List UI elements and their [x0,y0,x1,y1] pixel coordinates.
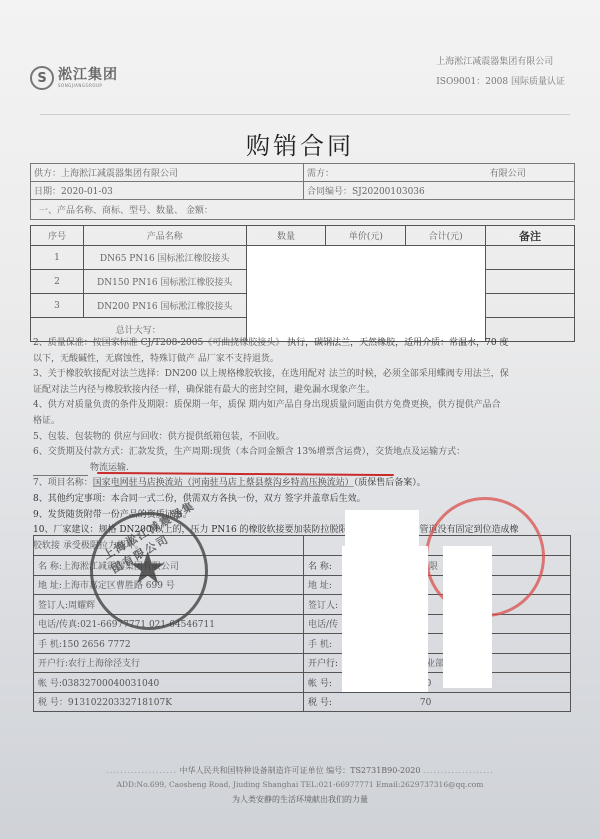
product-table-header: 序号 产品名称 数量 单价(元) 合计(元) 备注 [31,226,575,246]
buyer-suffix: 有限公司 [490,169,526,179]
row-product-name: DN65 PN16 国标淞江橡胶接头 [83,246,246,270]
row-remark [486,294,575,318]
col-remarks: 备注 [486,226,575,246]
row-remark [486,270,575,294]
star-icon: ★ [128,547,167,591]
row-product-name: DN200 PN16 国标淞江橡胶接头 [83,294,246,318]
row-no: 3 [31,294,84,318]
date-field: 日期：2020-01-03 [31,182,304,200]
row-no: 1 [31,246,84,270]
clause-4: 4、供方对质量负责的条件及期限：质保期一年，质保 期内如产品自身出现质量问题由供… [33,398,573,414]
supplier-field: 供方：上海淞江减震器集团有限公司 [31,164,304,182]
buyer-label: 需方： [307,169,334,179]
header-divider [40,114,570,115]
row-remark [486,246,575,270]
redaction-buyer-info-2 [443,546,492,688]
redaction-buyer-info [342,546,428,692]
col-total: 合计(元) [406,226,486,246]
logo-s-icon: S [30,66,54,90]
logo-name: 淞江集团 [58,68,118,83]
footer-slogan: 为人类安静的生活环境献出我们的力量 [0,794,600,805]
clause-3-cont: 证配对法兰内径与橡胶软接内径一样，确保能有最大的密封空间，避免漏水现象产生。 [33,383,573,399]
clause-7: 7、项目名称：国家电网驻马店换流站（河南驻马店上蔡县蔡沟乡特高压换流站）（质保售… [33,476,573,492]
logo-english: SONGJIANGGROUP [58,83,118,88]
supplier-seal-stamp: 上海淞江减震器集团有限公司 ★ [90,512,208,630]
contract-number-field: 合同编号：SJ20200103036 [304,182,575,200]
company-logo: S 淞江集团 SONGJIANGGROUP [30,66,118,90]
buyer-tax-id: 税 号:70 [304,692,571,712]
redaction-amounts [256,252,481,328]
footer-address: ADD:No.699, Caosheng Road, Jiuding Shang… [0,780,600,789]
col-unit-price: 单价(元) [326,226,406,246]
clause-3: 3、关于橡胶软接配对法兰选择：DN200 以上规格橡胶软接，在选用配对 法兰的时… [33,367,573,383]
buyer-field: 需方： 有限公司 [304,164,575,182]
row-product-name: DN150 PN16 国标淞江橡胶接头 [83,270,246,294]
project-name: 国家电网驻马店换流站（河南驻马店上蔡县蔡沟乡特高压换流站） [93,478,354,488]
footer-license: .................... 中华人民共和国特种设备制造许可证单位 … [0,765,600,776]
clause-2: 2、质量保准：按国家标准 CJ/T208-2005《可曲挠橡胶接头》 执行，碳钢… [33,336,573,352]
clause-4-cont: 格证。 [33,414,573,430]
row-no: 2 [31,270,84,294]
clause-6: 6、交货期及付款方式：汇款发货，生产周期:现货（本合同金额含 13%增票含运费）… [33,445,573,461]
supplier-bank: 开户行:农行上海徐泾支行 [34,653,304,673]
supplier-tax-id: 税 号：91310220332718107K [34,692,304,712]
section-1-heading: 一、产品名称、商标、型号、数量、 金额： [31,200,575,220]
col-quantity: 数量 [246,226,326,246]
col-product-name: 产品名称 [83,226,246,246]
letterhead-certification: ISO9001：2008 国际质量认证 [436,72,565,92]
document-title: 购销合同 [0,126,600,161]
supplier-mobile: 手 机:150 2656 7772 [34,634,304,654]
col-no: 序号 [31,226,84,246]
letterhead-company: 上海淞江减震器集团有限公司 [436,52,565,72]
supplier-account: 帐 号:03832700040031040 [34,673,304,693]
clause-5: 5、包装、包装物的 供应与回收：供方提供纸箱包装，不回收。 [33,430,573,446]
clause-2-cont: 以下，无酸碱性，无腐蚀性，特殊订做产 品厂家不支持退货。 [33,352,573,368]
contract-page: S 淞江集团 SONGJIANGGROUP 上海淞江减震器集团有限公司 ISO9… [0,0,600,839]
letterhead-info: 上海淞江减震器集团有限公司 ISO9001：2008 国际质量认证 [436,52,565,92]
contract-header-table: 供方：上海淞江减震器集团有限公司 需方： 有限公司 日期：2020-01-03 … [30,163,575,220]
